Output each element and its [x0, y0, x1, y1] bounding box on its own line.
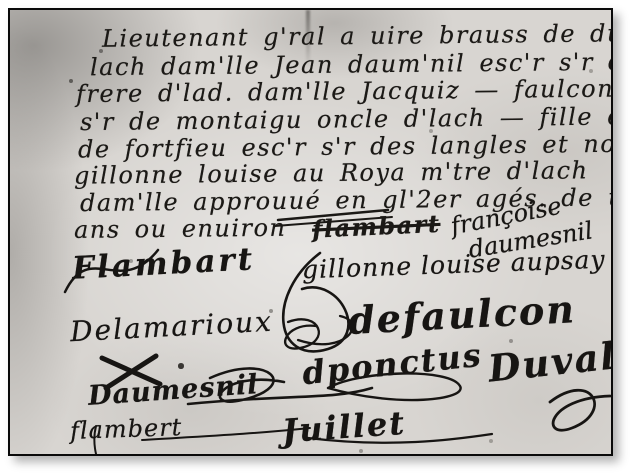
screenshot-root: { "document": { "kind": "scanned handwri…: [0, 0, 631, 473]
signature-flambert: flambert: [70, 413, 183, 445]
ink-speckles: [10, 10, 12, 12]
manuscript-line-8-text: ans ou enuiron: [74, 214, 287, 244]
manuscript-scan-frame: Lieutenant g'ral a uire brauss de du lac…: [8, 8, 613, 456]
manuscript-line-8: ans ou enuironflambart: [74, 211, 441, 244]
struck-out-signature: flambart: [312, 209, 442, 244]
